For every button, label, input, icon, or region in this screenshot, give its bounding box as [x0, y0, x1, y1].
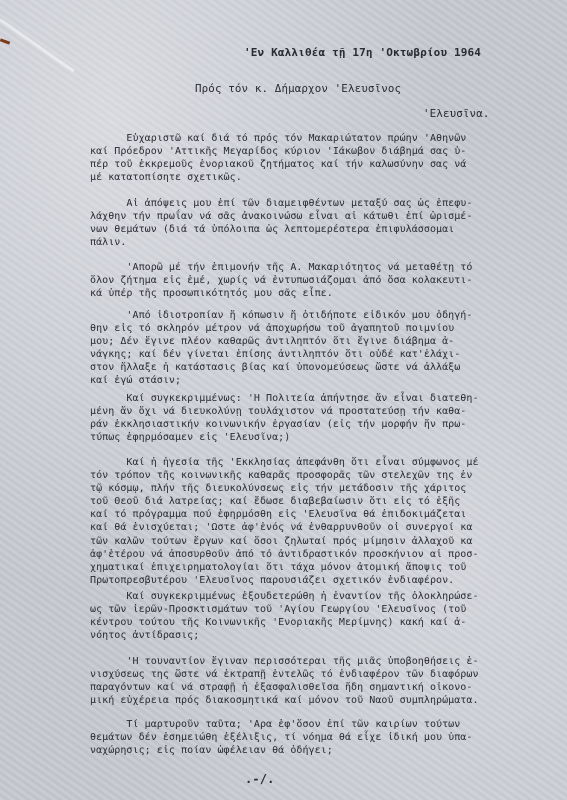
text-line: ως τῶν ἱερῶν-Προσκτισμάτων τοῦ 'Αγίου Γε…: [90, 603, 560, 616]
paragraph-3: 'Απορῶ μέ τήν ἐπιμονήν τῆς Α. Μακαριότητ…: [90, 261, 560, 300]
typewritten-letter-page: 'Εν Καλλιθέα τῇ 17η 'Οκτωβρίου 1964 Πρός…: [0, 0, 567, 800]
text-line: καί Πρόεδρον 'Αττικῆς Μεγαρίδος κύριον '…: [90, 145, 560, 158]
text-line: νόητος ἀντίδρασις;: [90, 629, 560, 642]
text-line: τῶν καλῶν τούτων ἔργων καί ὅσοι ζηλωταί …: [90, 535, 560, 548]
text-line: Εὐχαριστῶ καί διά τό πρός τόν Μακαριώτατ…: [90, 132, 560, 145]
text-line: τόν τρόπον τῆς κοινωνικῆς καθαρᾶς προσφο…: [90, 469, 560, 482]
text-line: 'Απορῶ μέ τήν ἐπιμονήν τῆς Α. Μακαριότητ…: [90, 261, 560, 274]
text-line: νάγκης; καί δέν γίνεται ἐπίσης ἀντιληπτό…: [90, 348, 560, 361]
text-line: Καί ἡ ἡγεσία τῆς 'Εκκλησίας ἀπεφάνθη ὅτι…: [90, 456, 560, 469]
text-line: 'Από ἰδιοτροπίαν ἤ κόπωσιν ἤ ὁτιδήποτε ε…: [90, 309, 560, 322]
paragraph-1: Εὐχαριστῶ καί διά τό πρός τόν Μακαριώτατ…: [90, 132, 560, 184]
text-line: λάχθην τήν πρωΐαν νά σᾶς ἀνακοινώσω εἶνα…: [90, 210, 560, 223]
letter-recipient-place: 'Ελευσῖνα.: [423, 107, 490, 120]
staple-mark: [0, 38, 10, 44]
text-line: 'Η τουναντίον ἔγιναν περισσότεραι τῆς μι…: [90, 655, 560, 668]
letter-date-line: 'Εν Καλλιθέα τῇ 17η 'Οκτωβρίου 1964: [244, 46, 481, 59]
text-line: νων θεμάτων (διά τά ὑπόλοιπα ὡς λεπτομερ…: [90, 223, 560, 236]
text-line: κέντρου τούτου τῆς Κοινωνικῆς 'Ενοριακῆς…: [90, 616, 560, 629]
text-line: θην εἰς τό σκληρόν μέτρον νά ἀποχωρήσω τ…: [90, 322, 560, 335]
text-line: καί θά ἐνισχύεται; 'Ωστε ἀφ'ἑνός νά ἐνθα…: [90, 521, 560, 534]
paragraph-5: Καί συγκεκριμμένως: 'Η Πολιτεία ἀπήντησε…: [90, 392, 560, 444]
letter-recipient: Πρός τόν κ. Δήμαρχον 'Ελευσῖνος: [195, 82, 401, 95]
text-line: νισχύσεως της ὥστε νά ἐκτραπῇ ἐντελῶς τό…: [90, 668, 560, 681]
text-line: κά ὑπέρ τῆς προσωπικότητός μου σᾶς εἶπε.: [90, 287, 560, 300]
text-line: χηματικαί ἐπιχειρηματολογίαι ὅτι τάχα μό…: [90, 561, 560, 574]
text-line: Τί μαρτυροῦν ταῦτα; 'Αρα ἐφ'ὅσον ἐπί τῶν…: [90, 718, 560, 731]
text-line: καί τό πρόγραμμα πού ἐφηρμόσθη εἰς 'Ελευ…: [90, 508, 560, 521]
text-line: τῷ κόσμῳ, πλήν τῆς διευκολύνσεως εἰς τήν…: [90, 482, 560, 495]
text-line: μου; Δέν ἔγινε πλέον καθαρῶς ἀντιληπτόν …: [90, 335, 560, 348]
page-end-mark: .-/.: [245, 772, 275, 786]
paragraph-7: Καί συγκεκριμμένως ἐξουδετερώθη ἡ ἐναντί…: [90, 590, 560, 642]
text-line: μένη ἄν ὄχι νά διευκολύνῃ τουλάχιστον νά…: [90, 405, 560, 418]
text-line: καί ἐγώ στάσιν;: [90, 374, 560, 387]
text-line: τύπως ἐφηρμόσαμεν εἰς 'Ελευσῖνα;): [90, 431, 560, 444]
text-line: ράν ἐκκλησιαστικήν κοινωνικήν ἐργασίαν (…: [90, 418, 560, 431]
text-line: παραγόντων καί νά στραφῇ ἡ ἐξασφαλισθεῖσ…: [90, 681, 560, 694]
paragraph-2: Αἱ ἀπόψεις μου ἐπί τῶν διαμειφθέντων μετ…: [90, 197, 560, 249]
text-line: ναχώρησις; εἰς ποίαν ὠφέλειαν θά ὁδήγει;: [90, 744, 560, 757]
paragraph-6: Καί ἡ ἡγεσία τῆς 'Εκκλησίας ἀπεφάνθη ὅτι…: [90, 456, 560, 587]
text-line: Αἱ ἀπόψεις μου ἐπί τῶν διαμειφθέντων μετ…: [90, 197, 560, 210]
text-line: ὅλον ζήτημα εἰς ἐμέ, χωρίς νά ἐντυπωσιάζ…: [90, 274, 560, 287]
paragraph-9: Τί μαρτυροῦν ταῦτα; 'Αρα ἐφ'ὅσον ἐπί τῶν…: [90, 718, 560, 757]
text-line: πέρ τοῦ ἐκκρεμοῦς ἐνοριακοῦ ζητήματος κα…: [90, 158, 560, 171]
text-line: Καί συγκεκριμμένως: 'Η Πολιτεία ἀπήντησε…: [90, 392, 560, 405]
text-line: Πρωτοπρεσβυτέρου 'Ελευσῖνος παρουσιάζει …: [90, 574, 560, 587]
paragraph-4: 'Από ἰδιοτροπίαν ἤ κόπωσιν ἤ ὁτιδήποτε ε…: [90, 309, 560, 388]
paragraph-8: 'Η τουναντίον ἔγιναν περισσότεραι τῆς μι…: [90, 655, 560, 707]
text-line: θεμάτων δέν ἐσημειώθη ἐξέλιξις, τί νόημα…: [90, 731, 560, 744]
text-line: μέ κατατοπίσητε σχετικῶς.: [90, 171, 560, 184]
paper-crease: [0, 18, 75, 72]
text-line: τοῦ Θεοῦ διά λατρείας; καί ἔδωσε διαβεβα…: [90, 495, 560, 508]
text-line: στον ἤλλαξε ἡ κατάστασις βίας καί ὑπονομ…: [90, 361, 560, 374]
text-line: Καί συγκεκριμμένως ἐξουδετερώθη ἡ ἐναντί…: [90, 590, 560, 603]
text-line: ἀφ'ἑτέρου νά ἀποσυρθοῦν ἀπό τό ἀντιδραστ…: [90, 548, 560, 561]
text-line: μική εὐχέρεια πρός διακοσμητικά καί μόνο…: [90, 694, 560, 707]
text-line: πάλιν.: [90, 236, 560, 249]
